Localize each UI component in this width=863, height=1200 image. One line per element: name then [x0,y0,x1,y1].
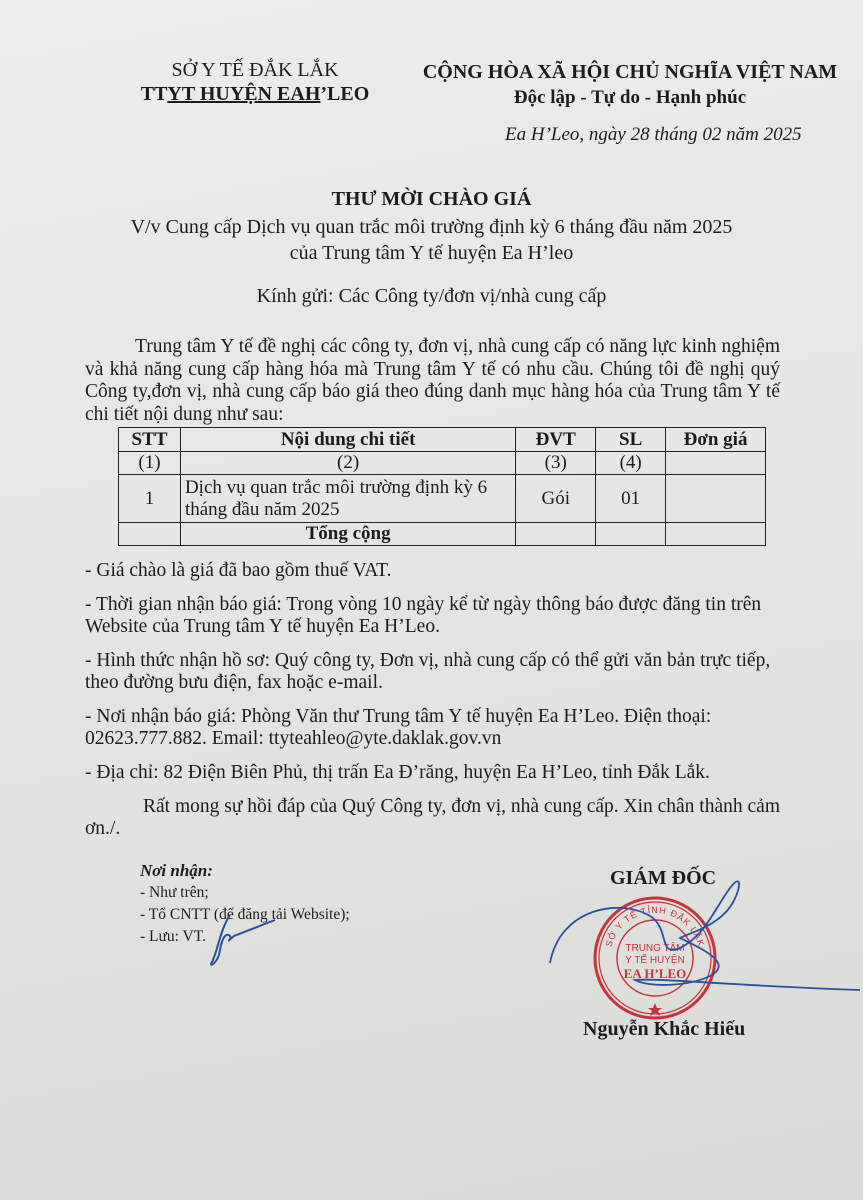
svg-text:EA H’LEO: EA H’LEO [624,966,687,981]
table-header-row: STT Nội dung chi tiết ĐVT SL Đơn giá [119,428,766,452]
signer-title: GIÁM ĐỐC [610,867,716,890]
notes-section: - Giá chào là giá đã bao gồm thuế VAT. -… [85,560,805,852]
national-header: CỘNG HÒA XÃ HỘI CHỦ NGHĨA VIỆT NAM Độc l… [410,60,850,110]
svg-text:Y TẾ HUYỆN: Y TẾ HUYỆN [625,953,685,966]
col-header: Nội dung chi tiết [180,428,515,452]
initials-signature-icon [200,910,280,970]
issuing-agency: SỞ Y TẾ ĐẮK LẮK TTYT HUYỆN EAH’LEO [110,58,400,106]
official-stamp-icon: SỞ Y TẾ TỈNH ĐẮK LẮK TRUNG TÂM Y TẾ HUYỆ… [590,893,720,1023]
total-label: Tổng cộng [180,523,515,546]
quote-table: STT Nội dung chi tiết ĐVT SL Đơn giá (1)… [118,427,766,546]
cell-stt: 1 [119,475,181,523]
national-motto: Độc lập - Tự do - Hạnh phúc [410,85,850,110]
svg-text:TRUNG TÂM: TRUNG TÂM [625,941,684,954]
cell-qty: 01 [596,475,666,523]
col-header: SL [596,428,666,452]
table-row: 1 Dịch vụ quan trắc môi trường định kỳ 6… [119,475,766,523]
note-contact: - Nơi nhận báo giá: Phòng Văn thư Trung … [85,706,805,750]
agency-line-2: TTYT HUYỆN EAH’LEO [110,82,400,106]
col-header: Đơn giá [666,428,766,452]
cell-content: Dịch vụ quan trắc môi trường định kỳ 6 t… [180,475,515,523]
recipients-heading: Nơi nhận: [140,860,350,882]
addressee: Kính gửi: Các Công ty/đơn vị/nhà cung cấ… [0,285,863,308]
document-page: SỞ Y TẾ ĐẮK LẮK TTYT HUYỆN EAH’LEO CỘNG … [0,0,863,1200]
col-header: ĐVT [516,428,596,452]
signer-name: Nguyễn Khắc Hiếu [583,1018,745,1041]
agency-line-1: SỞ Y TẾ ĐẮK LẮK [110,58,400,82]
col-header: STT [119,428,181,452]
note-vat: - Giá chào là giá đã bao gồm thuế VAT. [85,560,805,582]
document-subject: V/v Cung cấp Dịch vụ quan trắc môi trườn… [0,214,863,266]
table-total-row: Tổng cộng [119,523,766,546]
nation-name: CỘNG HÒA XÃ HỘI CHỦ NGHĨA VIỆT NAM [410,60,850,85]
date-line: Ea H’Leo, ngày 28 tháng 02 năm 2025 [505,124,802,146]
note-submission: - Hình thức nhận hồ sơ: Quý công ty, Đơn… [85,650,805,694]
document-title: THƯ MỜI CHÀO GIÁ [0,188,863,211]
closing-paragraph: Rất mong sự hồi đáp của Quý Công ty, đơn… [85,796,805,840]
cell-price [666,475,766,523]
intro-paragraph: Trung tâm Y tế đề nghị các công ty, đơn … [85,336,780,426]
cell-unit: Gói [516,475,596,523]
recipient-item: - Như trên; [140,882,350,904]
note-address: - Địa chỉ: 82 Điện Biên Phủ, thị trấn Ea… [85,762,805,784]
table-index-row: (1) (2) (3) (4) [119,452,766,475]
note-deadline: - Thời gian nhận báo giá: Trong vòng 10 … [85,594,805,638]
